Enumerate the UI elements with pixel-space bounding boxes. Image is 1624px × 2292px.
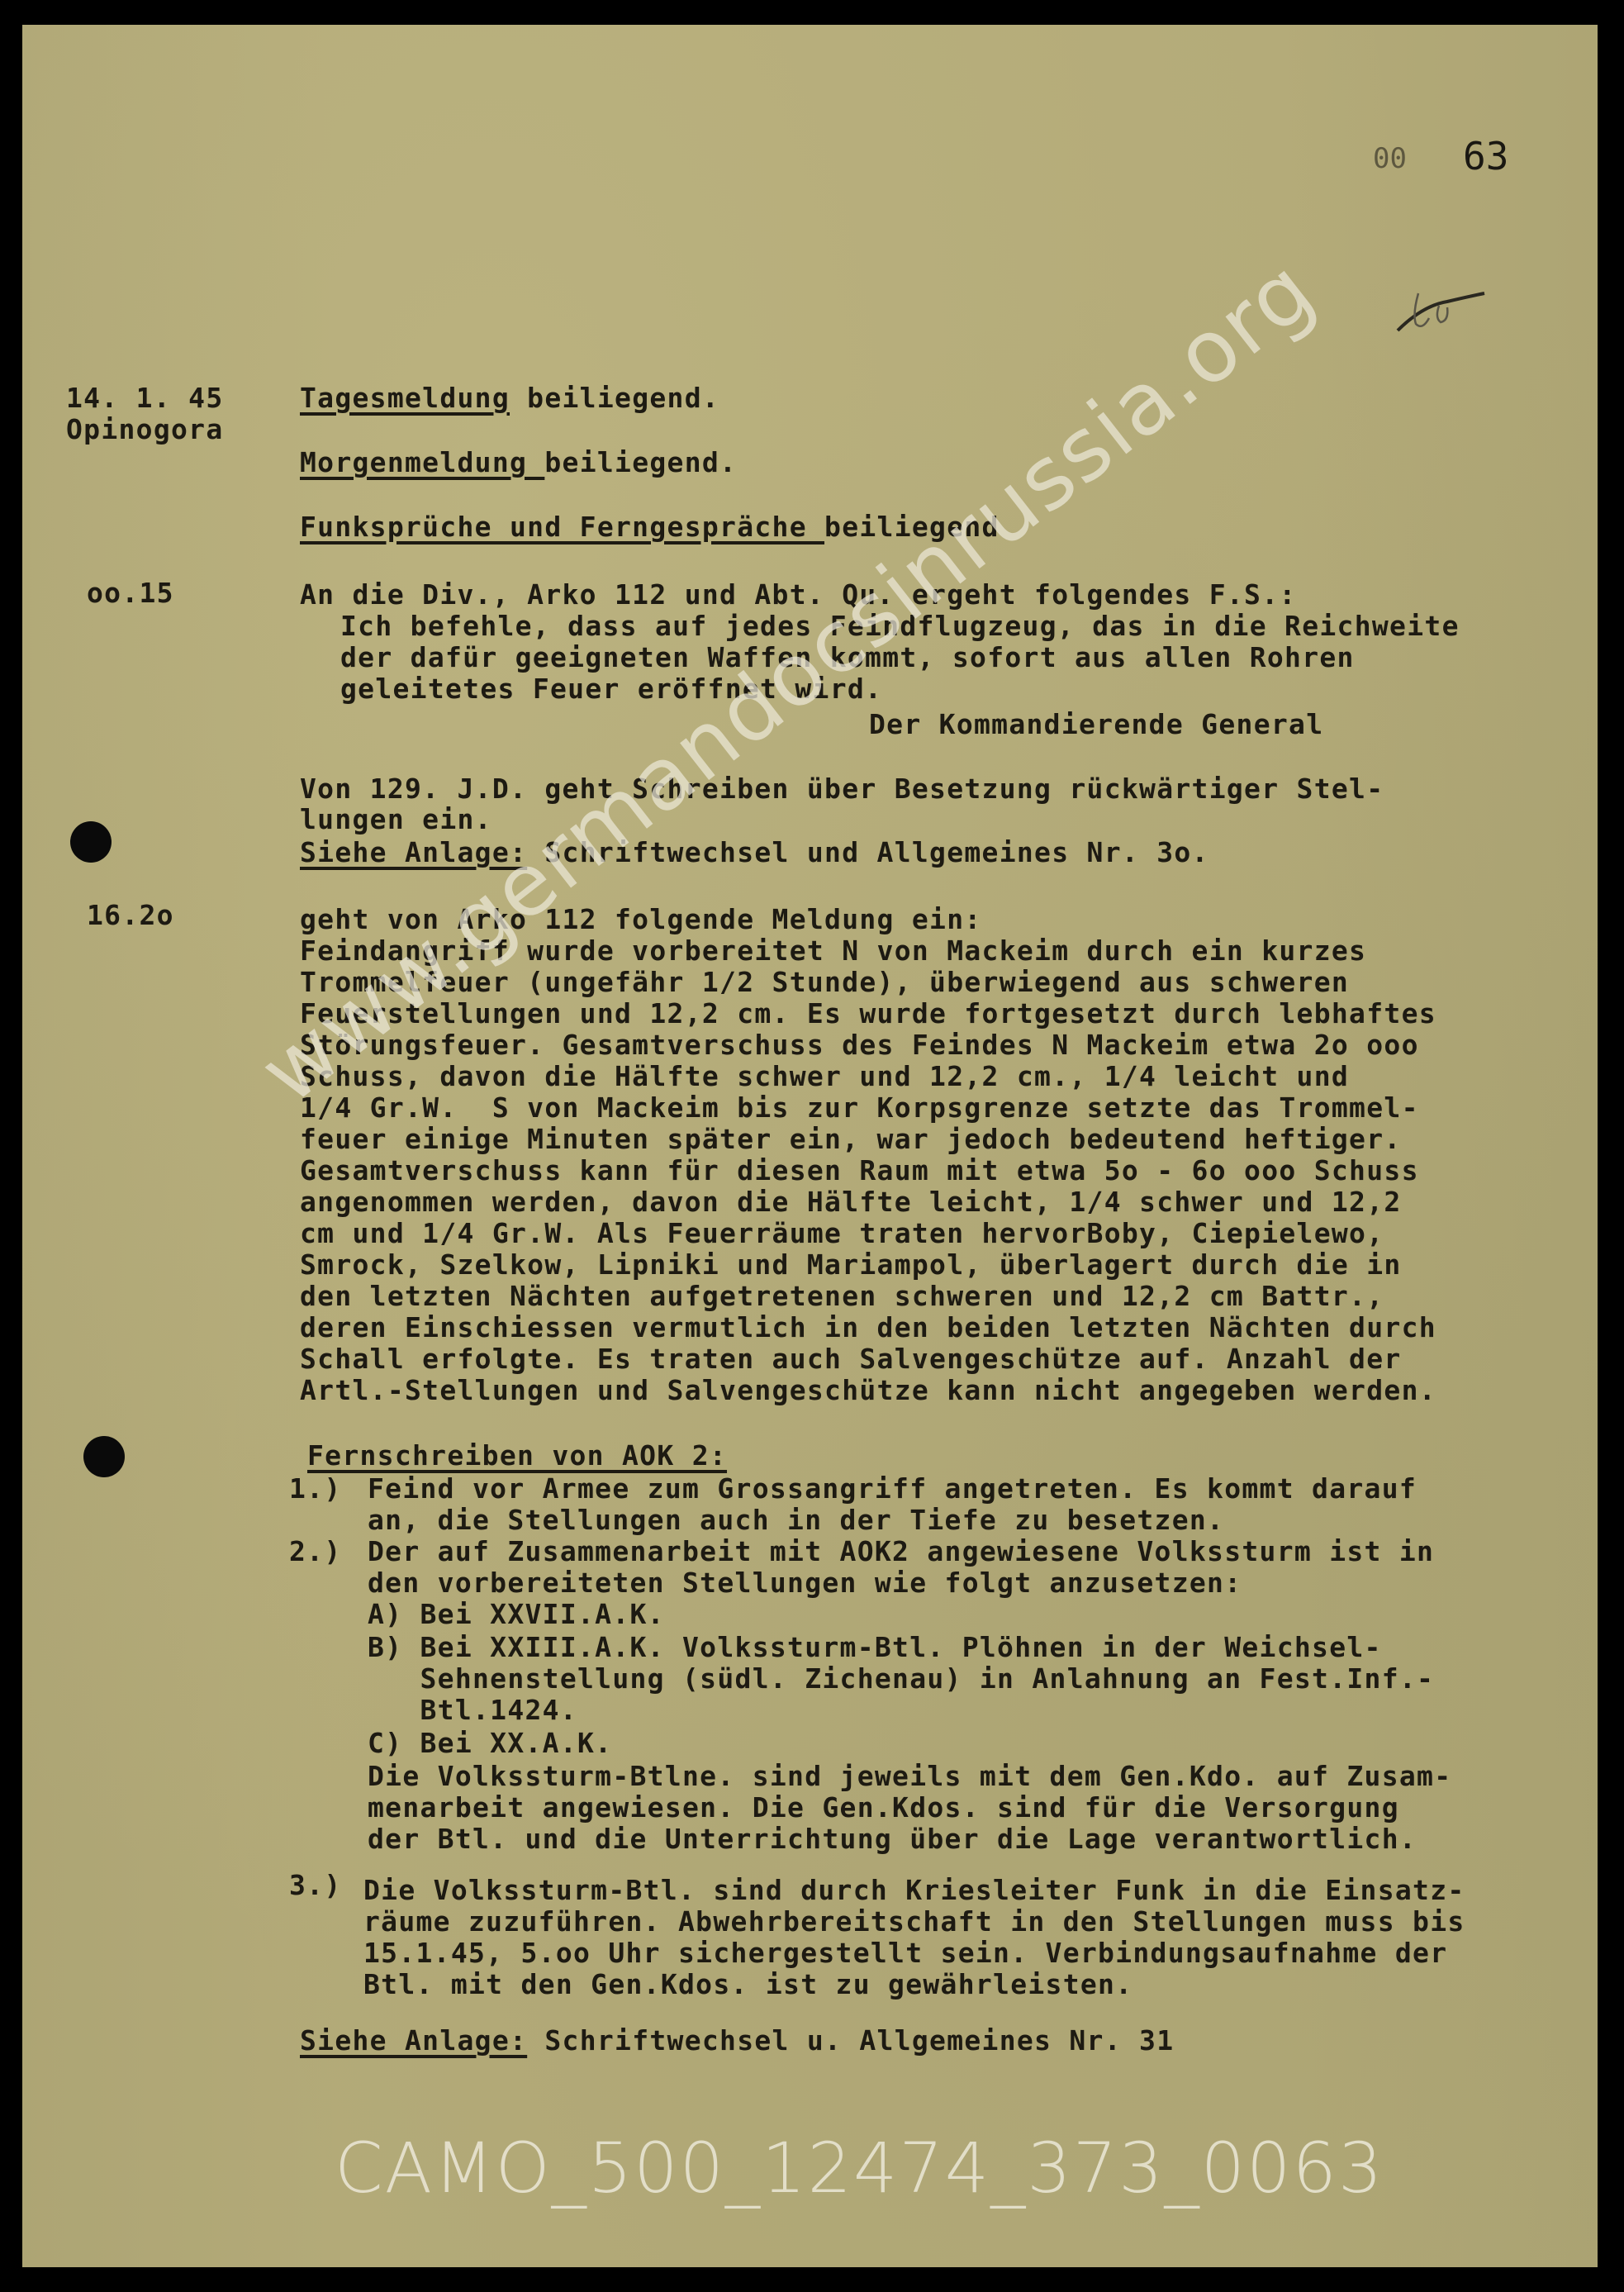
report-line: Artl.-Stellungen und Salvengeschütze kan… xyxy=(300,1374,1436,1406)
item-line: an, die Stellungen auch in der Tiefe zu … xyxy=(368,1504,1224,1536)
report-line: Feuerstellungen und 12,2 cm. Es wurde fo… xyxy=(300,997,1436,1029)
item-line: Die Volkssturm-Btlne. sind jeweils mit d… xyxy=(368,1760,1451,1792)
report-line: den letzten Nächten aufgetretenen schwer… xyxy=(300,1280,1384,1312)
section-heading: Fernschreiben von AOK 2: xyxy=(307,1439,727,1472)
entry-date: 14. 1. 45 xyxy=(66,382,224,414)
body-line: Von 129. J.D. geht Schreiben über Besetz… xyxy=(300,773,1384,805)
page-number: 63 xyxy=(1463,134,1508,178)
item-line: Btl. mit den Gen.Kdos. ist zu gewährleis… xyxy=(363,1968,1133,2000)
report-line: Gesamtverschuss kann für diesen Raum mit… xyxy=(300,1154,1419,1186)
item-line: Btl.1424. xyxy=(368,1694,577,1726)
message-intro: An die Div., Arko 112 und Abt. Qu. ergeh… xyxy=(300,578,1297,611)
item-line: räume zuzuführen. Abwehrbereitschaft in … xyxy=(363,1905,1465,1938)
body-line: lungen ein. xyxy=(300,803,492,835)
item-line: C) Bei XX.A.K. xyxy=(368,1727,612,1759)
report-line-tagesmeldung: Tagesmeldung beiliegend. xyxy=(300,382,719,414)
report-line: feuer einige Minuten später ein, war jed… xyxy=(300,1123,1402,1155)
entry-time: 16.2o xyxy=(87,899,174,931)
item-line: menarbeit angewiesen. Die Gen.Kdos. sind… xyxy=(368,1791,1399,1824)
item-number: 1.) xyxy=(289,1472,342,1505)
report-line: deren Einschiessen vermutlich in den bei… xyxy=(300,1311,1436,1343)
report-line: Schall erfolgte. Es traten auch Salvenge… xyxy=(300,1343,1402,1375)
item-line: den vorbereiteten Stellungen wie folgt a… xyxy=(368,1567,1242,1599)
report-line: 1/4 Gr.W. S von Mackeim bis zur Korpsgre… xyxy=(300,1091,1419,1124)
entry-place: Opinogora xyxy=(66,413,224,445)
item-line: B) Bei XXIII.A.K. Volkssturm-Btl. Plöhne… xyxy=(368,1631,1382,1663)
item-line: Der auf Zusammenarbeit mit AOK2 angewies… xyxy=(368,1535,1434,1567)
attachment-reference: Siehe Anlage: Schriftwechsel u. Allgemei… xyxy=(300,2024,1174,2057)
item-line: Feind vor Armee zum Grossangriff angetre… xyxy=(368,1472,1417,1505)
item-line: der Btl. und die Unterrichtung über die … xyxy=(368,1823,1417,1855)
report-line: Schuss, davon die Hälfte schwer und 12,2… xyxy=(300,1060,1349,1092)
item-line: 15.1.45, 5.oo Uhr sichergestellt sein. V… xyxy=(363,1937,1447,1969)
item-line: Sehnenstellung (südl. Zichenau) in Anlah… xyxy=(368,1662,1434,1695)
report-line-morgenmeldung: Morgenmeldung beiliegend. xyxy=(300,446,737,478)
report-line: angenommen werden, davon die Hälfte leic… xyxy=(300,1186,1402,1218)
item-line: Die Volkssturm-Btl. sind durch Kriesleit… xyxy=(363,1874,1465,1906)
report-line: Smrock, Szelkow, Lipniki und Mariampol, … xyxy=(300,1248,1402,1281)
faint-stamp: 00 xyxy=(1373,142,1407,175)
attachment-reference: Siehe Anlage: Schriftwechsel und Allgeme… xyxy=(300,836,1209,868)
entry-time: oo.15 xyxy=(87,577,174,609)
report-line: cm und 1/4 Gr.W. Als Feuerräume traten h… xyxy=(300,1217,1384,1249)
pencil-annotation-icon xyxy=(1389,273,1489,347)
punch-hole-bottom xyxy=(83,1436,125,1477)
archive-id: CAMO_500_12474_373_0063 xyxy=(335,2128,1384,2209)
item-line: A) Bei XXVII.A.K. xyxy=(368,1598,665,1630)
item-number: 2.) xyxy=(289,1535,342,1567)
item-number: 3.) xyxy=(289,1869,342,1901)
signature: Der Kommandierende General xyxy=(869,708,1323,740)
report-line: Störungsfeuer. Gesamtverschuss des Feind… xyxy=(300,1029,1419,1061)
punch-hole-top xyxy=(70,821,112,863)
